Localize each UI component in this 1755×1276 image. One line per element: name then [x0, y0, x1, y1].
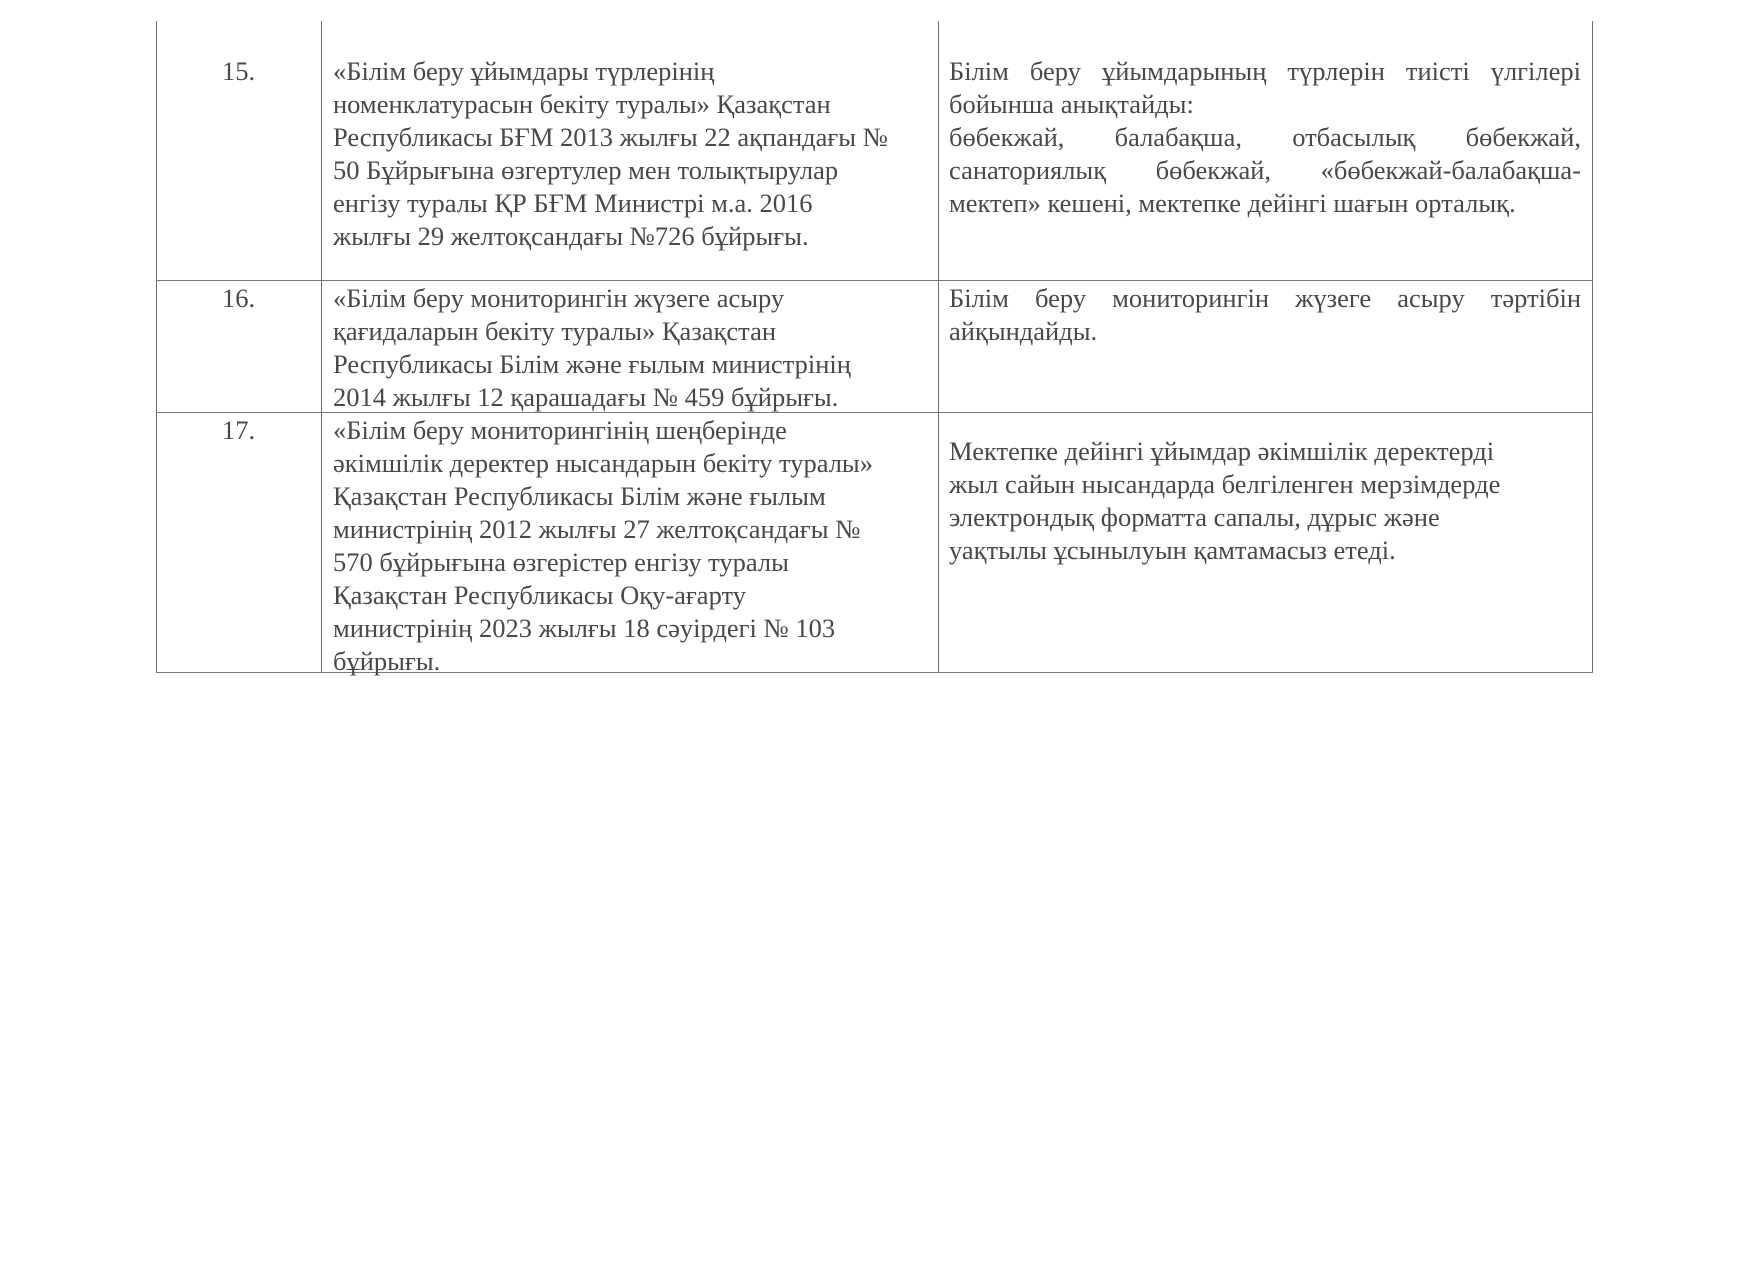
- description-line: санаториялық бөбекжай, «бөбекжай-балабақ…: [949, 154, 1581, 187]
- column-divider-number: [321, 21, 322, 673]
- act-line: енгізу туралы ҚР БҒМ Министрі м.а. 2016: [333, 187, 933, 220]
- row-divider-15-16: [156, 280, 1593, 281]
- act-line: бұйрығы.: [333, 645, 933, 678]
- act-line: 50 Бұйрығына өзгертулер мен толықтырулар: [333, 154, 933, 187]
- act-line: Республикасы Білім және ғылым министріні…: [333, 348, 933, 381]
- act-line: «Білім беру ұйымдары түрлерінің: [333, 55, 933, 88]
- act-line: министрінің 2012 жылғы 27 желтоқсандағы …: [333, 513, 933, 546]
- description-line: бойынша анықтайды:: [949, 88, 1581, 121]
- row-number-15: 15.: [156, 55, 321, 88]
- act-line: «Білім беру мониторингін жүзеге асыру: [333, 282, 933, 315]
- description-line: электрондық форматта сапалы, дұрыс және: [949, 501, 1581, 534]
- table-border-left: [156, 21, 157, 673]
- column-divider-act: [938, 21, 939, 673]
- row-number-17: 17.: [156, 414, 321, 447]
- description-line: Білім беру мониторингін жүзеге асыру тәр…: [949, 282, 1581, 315]
- row-number-16: 16.: [156, 282, 321, 315]
- row-17-description: Мектепке дейінгі ұйымдар әкімшілік дерек…: [949, 435, 1581, 567]
- description-line: уақтылы ұсынылуын қамтамасыз етеді.: [949, 534, 1581, 567]
- description-line: Білім беру ұйымдарының түрлерін тиісті ү…: [949, 55, 1581, 88]
- act-line: әкімшілік деректер нысандарын бекіту тур…: [333, 447, 933, 480]
- row-16-legal-act: «Білім беру мониторингін жүзеге асыру қа…: [333, 282, 933, 414]
- row-15-description: Білім беру ұйымдарының түрлерін тиісті ү…: [949, 55, 1581, 220]
- act-line: Қазақстан Республикасы Білім және ғылым: [333, 480, 933, 513]
- act-line: жылғы 29 желтоқсандағы №726 бұйрығы.: [333, 220, 933, 253]
- act-line: 570 бұйрығына өзгерістер енгізу туралы: [333, 546, 933, 579]
- description-line: Мектепке дейінгі ұйымдар әкімшілік дерек…: [949, 435, 1581, 468]
- act-line: министрінің 2023 жылғы 18 сәуірдегі № 10…: [333, 612, 933, 645]
- scanned-document-page: 15. «Білім беру ұйымдары түрлерінің номе…: [0, 0, 1755, 1276]
- act-line: «Білім беру мониторингінің шеңберінде: [333, 414, 933, 447]
- description-line: бөбекжай, балабақша, отбасылық бөбекжай,: [949, 121, 1581, 154]
- act-line: 2014 жылғы 12 қарашадағы № 459 бұйрығы.: [333, 381, 933, 414]
- act-line: Қазақстан Республикасы Оқу-ағарту: [333, 579, 933, 612]
- act-line: қағидаларын бекіту туралы» Қазақстан: [333, 315, 933, 348]
- act-line: номенклатурасын бекіту туралы» Қазақстан: [333, 88, 933, 121]
- description-line: айқындайды.: [949, 315, 1581, 348]
- legal-acts-table: 15. «Білім беру ұйымдары түрлерінің номе…: [156, 21, 1592, 673]
- act-line: Республикасы БҒМ 2013 жылғы 22 ақпандағы…: [333, 121, 933, 154]
- row-16-description: Білім беру мониторингін жүзеге асыру тәр…: [949, 282, 1581, 348]
- table-border-right: [1592, 21, 1593, 673]
- row-15-legal-act: «Білім беру ұйымдары түрлерінің номенкла…: [333, 55, 933, 253]
- row-17-legal-act: «Білім беру мониторингінің шеңберінде әк…: [333, 414, 933, 678]
- description-line: жыл сайын нысандарда белгіленген мерзімд…: [949, 468, 1581, 501]
- description-line: мектеп» кешені, мектепке дейінгі шағын о…: [949, 187, 1581, 220]
